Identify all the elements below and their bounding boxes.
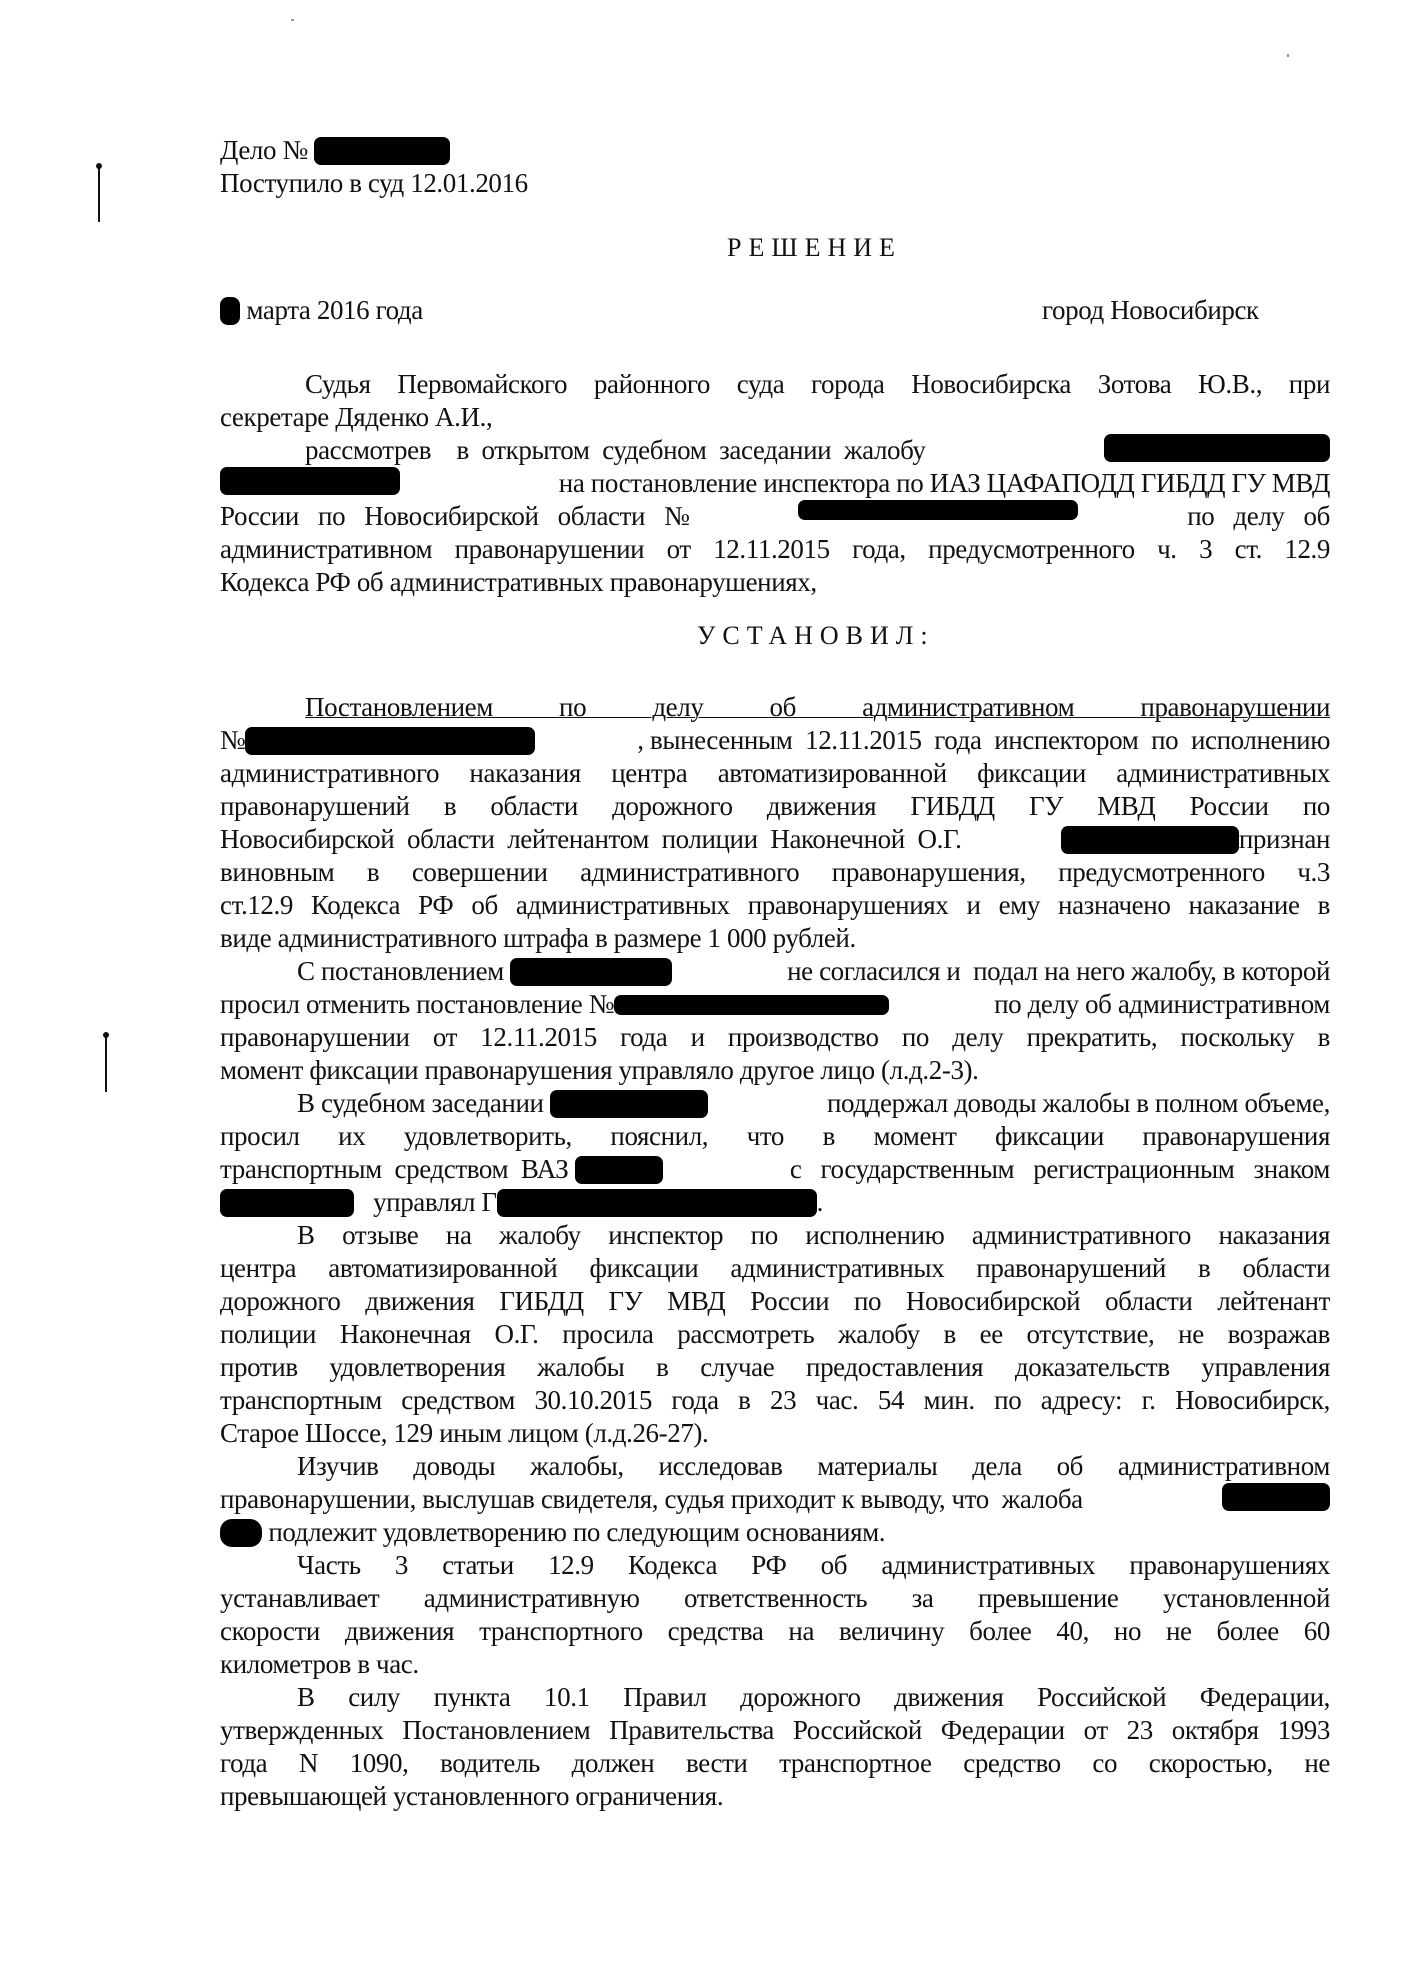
scan-speck (1287, 54, 1289, 57)
body-text: , вынесенным 12.11.2015 года инспектором… (637, 724, 1330, 757)
body-line: транспортным средством ВАЗ с государстве… (220, 1153, 1330, 1186)
decision-date: марта 2016 года (246, 295, 423, 325)
redaction (1222, 1483, 1330, 1511)
redaction (614, 995, 889, 1015)
intro-text: России по Новосибирской области № (220, 500, 689, 533)
body-line: правонарушении от 12.11.2015 года и прои… (220, 1021, 1330, 1054)
intro-line: секретаре Дяденко А.И., (220, 401, 1330, 434)
document-title: РЕШЕНИЕ (727, 233, 902, 263)
body-line: Новосибирской области лейтенантом полици… (220, 823, 1330, 856)
case-number-label: Дело № (220, 135, 308, 165)
intro-text: рассмотрев в открытом судебном заседании… (305, 434, 926, 467)
redaction (314, 137, 450, 165)
body-text: Новосибирской области лейтенантом полици… (220, 823, 961, 856)
body-text: просил отменить постановление № (220, 988, 889, 1021)
body-line: виновным в совершении административного … (220, 856, 1330, 889)
redaction (220, 1519, 262, 1547)
body-text: С постановлением (297, 955, 672, 988)
intro-line: России по Новосибирской области № по дел… (220, 500, 1330, 533)
intro-text: по делу об (1187, 500, 1330, 533)
body-line: просил их удовлетворить, пояснил, что в … (220, 1120, 1330, 1153)
redaction (575, 1156, 663, 1184)
intro-line: рассмотрев в открытом судебном заседании… (220, 434, 1330, 467)
redaction (1104, 434, 1330, 462)
redaction (798, 500, 1078, 520)
margin-mark (98, 166, 100, 222)
body-text: поддержал доводы жалобы в полном объеме, (827, 1087, 1330, 1120)
body-line: превышающей установленного ограничения. (220, 1780, 1330, 1813)
body-text: правонарушении, выслушав свидетеля, судь… (220, 1483, 1083, 1516)
redaction (220, 1189, 354, 1217)
body-line: управлял Г. (220, 1186, 1330, 1219)
body-line: № , вынесенным 12.11.2015 года инспектор… (220, 724, 1330, 757)
body-line: центра автоматизированной фиксации админ… (220, 1252, 1330, 1285)
body-section: Постановлением по делу об административн… (220, 691, 1330, 1813)
body-text: В судебном заседании (297, 1087, 708, 1120)
body-text: по делу об административном (994, 988, 1330, 1021)
margin-mark (105, 1035, 107, 1092)
body-line: километров в час. (220, 1648, 1330, 1681)
redaction (1061, 826, 1239, 854)
redaction (245, 727, 535, 755)
body-line: транспортным средством 30.10.2015 года в… (220, 1384, 1330, 1417)
intro-line: Кодекса РФ об административных правонару… (220, 566, 1330, 599)
body-line: В отзыве на жалобу инспектор по исполнен… (220, 1219, 1330, 1252)
body-text: Постановлением по делу об административн… (305, 692, 1330, 722)
body-line: В силу пункта 10.1 Правил дорожного движ… (220, 1681, 1330, 1714)
body-line: дорожного движения ГИБДД ГУ МВД России п… (220, 1285, 1330, 1318)
date-line: марта 2016 года город Новосибирск (220, 294, 1330, 327)
body-line: устанавливает административную ответстве… (220, 1582, 1330, 1615)
body-line: скорости движения транспортного средства… (220, 1615, 1330, 1648)
body-text: не согласился и подал на него жалобу, в … (787, 955, 1330, 988)
received-date: Поступило в суд 12.01.2016 (220, 167, 1330, 200)
body-line: Изучив доводы жалобы, исследовав материа… (220, 1450, 1330, 1483)
body-line: просил отменить постановление № по делу … (220, 988, 1330, 1021)
intro-line: административном правонарушении от 12.11… (220, 533, 1330, 566)
intro-line: Судья Первомайского районного суда город… (220, 368, 1330, 401)
city: город Новосибирск (1042, 294, 1259, 327)
intro-text: на постановление инспектора по ИАЗ ЦАФАП… (559, 467, 1330, 500)
body-line: виде административного штрафа в размере … (220, 922, 1330, 955)
body-text: с государственным регистрационным знаком (790, 1153, 1330, 1186)
body-text: транспортным средством ВАЗ (220, 1153, 663, 1186)
body-line: Постановлением по делу об административн… (220, 691, 1330, 724)
body-line: правонарушений в области дорожного движе… (220, 790, 1330, 823)
intro-section: Судья Первомайского районного суда город… (220, 368, 1330, 599)
intro-line: на постановление инспектора по ИАЗ ЦАФАП… (220, 467, 1330, 500)
body-line: В судебном заседании поддержал доводы жа… (220, 1087, 1330, 1120)
body-line: Часть 3 статьи 12.9 Кодекса РФ об админи… (220, 1549, 1330, 1582)
document-page: Дело № Поступило в суд 12.01.2016 РЕШЕНИ… (0, 0, 1405, 1986)
body-line: Старое Шоссе, 129 иным лицом (л.д.26-27)… (220, 1417, 1330, 1450)
section-heading: УСТАНОВИЛ: (697, 621, 935, 651)
body-line: правонарушении, выслушав свидетеля, судь… (220, 1483, 1330, 1516)
case-header: Дело № Поступило в суд 12.01.2016 (220, 134, 1330, 200)
body-line: полиции Наконечная О.Г. просила рассмотр… (220, 1318, 1330, 1351)
redaction (220, 297, 240, 325)
body-line: утвержденных Постановлением Правительств… (220, 1714, 1330, 1747)
body-line: против удовлетворения жалобы в случае пр… (220, 1351, 1330, 1384)
redaction (497, 1189, 817, 1217)
body-line: С постановлением не согласился и подал н… (220, 955, 1330, 988)
body-line: ст.12.9 Кодекса РФ об административных п… (220, 889, 1330, 922)
body-line: административного наказания центра автом… (220, 757, 1330, 790)
body-text: признан (1061, 823, 1330, 856)
body-line: момент фиксации правонарушения управляло… (220, 1054, 1330, 1087)
redaction (220, 467, 400, 495)
body-text: № (220, 724, 535, 757)
redaction (550, 1090, 708, 1118)
redaction (510, 958, 672, 986)
scan-speck (291, 19, 294, 21)
body-line: года N 1090, водитель должен вести транс… (220, 1747, 1330, 1780)
body-line: подлежит удовлетворению по следующим осн… (220, 1516, 1330, 1549)
